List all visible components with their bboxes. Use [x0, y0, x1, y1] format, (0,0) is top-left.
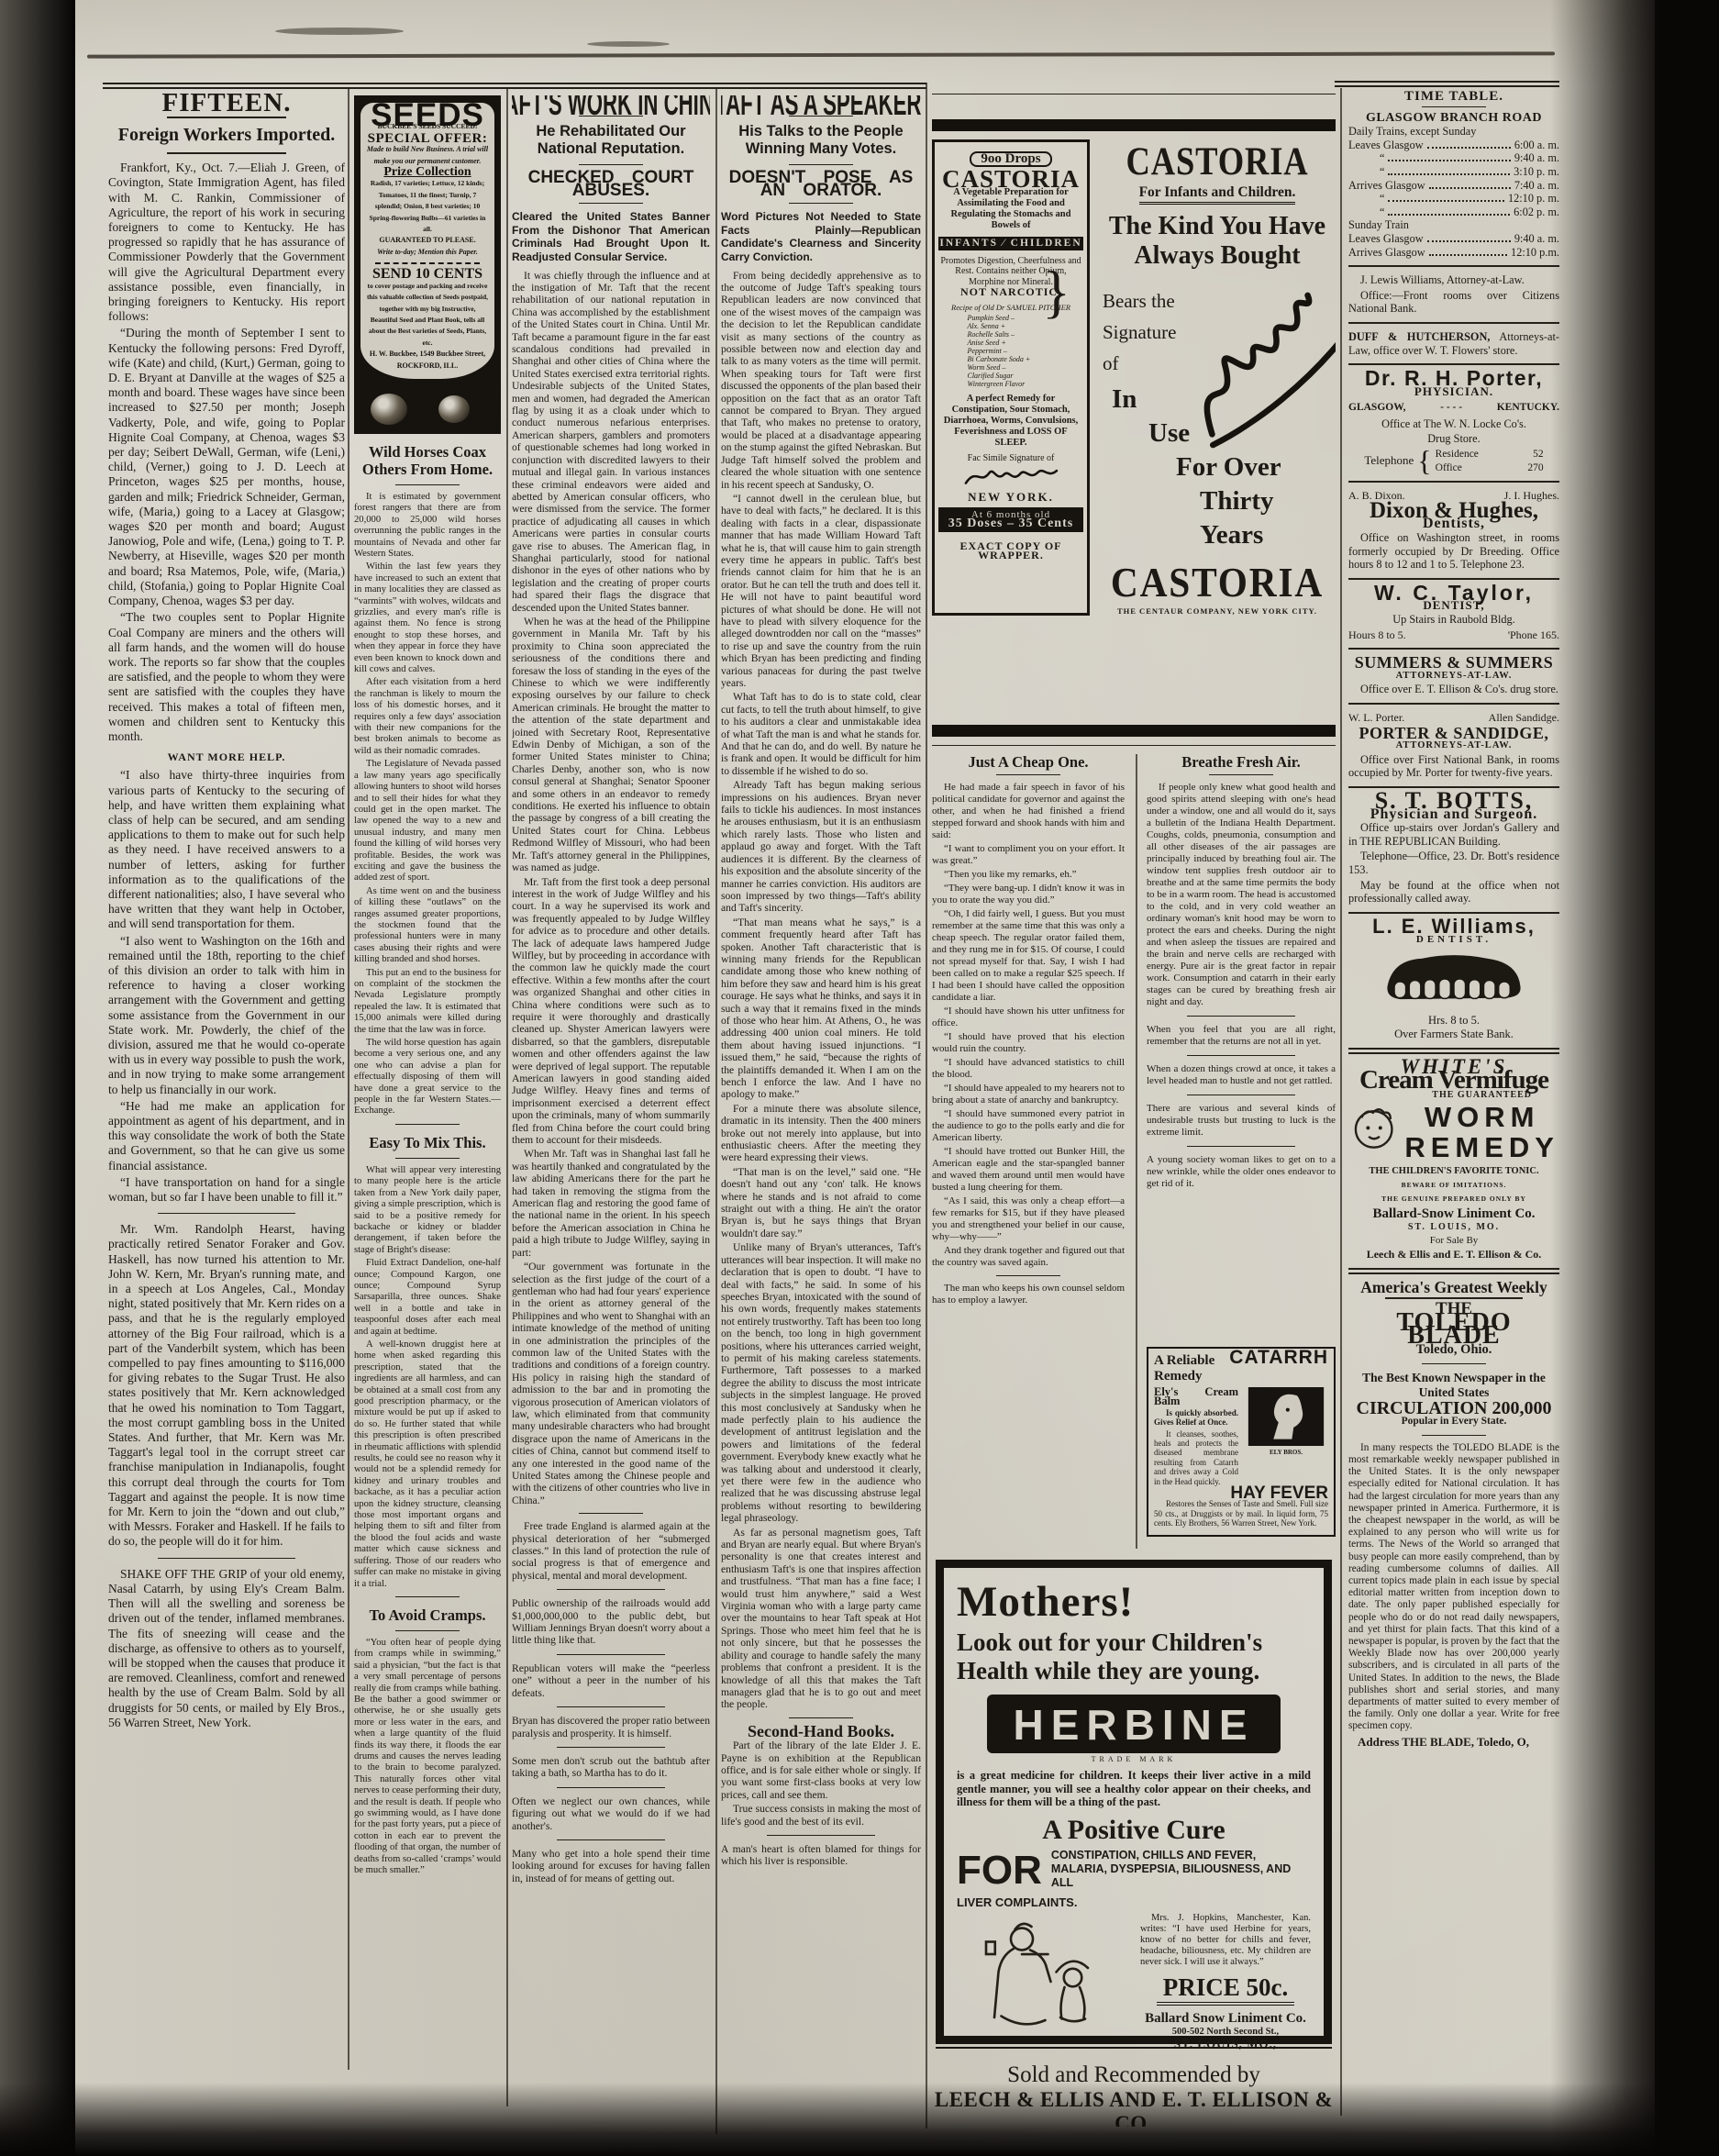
seeds-ad-send-text: to cover postage and packing and receive… — [366, 281, 489, 349]
rule — [1422, 106, 1486, 107]
paragraph: Rochelle Salts – — [968, 330, 1055, 339]
seeds-ad-offer-text: Made to build New Business. A trial will… — [366, 144, 489, 167]
tt-label: Arrives Glasgow — [1348, 246, 1425, 260]
blade-address: Address THE BLADE, Toledo, O, — [1348, 1736, 1559, 1750]
rail-top-double-rule — [1335, 81, 1559, 87]
rule — [1348, 481, 1559, 483]
attorney-listing-office: Office:—Front rooms over Citizens Nation… — [1348, 289, 1559, 316]
tomato-icon — [438, 395, 470, 423]
tt-label: Arrives Glasgow — [1348, 179, 1425, 193]
partner-name: W. L. Porter. — [1348, 711, 1404, 725]
article-body: From being decidedly apprehensive as to … — [721, 270, 921, 1711]
rule — [1348, 912, 1559, 914]
telephone-label: Telephone — [1364, 454, 1414, 468]
subheadline: CHECKED COURT ABUSES. — [512, 172, 710, 196]
dot-leader — [1427, 240, 1511, 242]
paragraph: Pumpkin Seed – — [968, 314, 1055, 322]
article-headline: Wild Horses Coax Others From Home. — [354, 443, 501, 478]
whites-company: Ballard-Snow Liniment Co. — [1348, 1207, 1559, 1221]
tt-label: “ — [1348, 206, 1384, 219]
article-body: “I also have thirty-three inquiries from… — [108, 768, 345, 1205]
paragraph: He had made a fair speech in favor of hi… — [932, 782, 1125, 841]
whites-for-sale: For Sale By — [1348, 1234, 1559, 1248]
phone-place: Residence — [1436, 448, 1479, 461]
herbine-price: PRICE 50c. — [1157, 1973, 1294, 2006]
tomato-icon — [371, 394, 407, 425]
herbine-company-street: 500-502 North Second St., — [1140, 2027, 1311, 2037]
seeds-ad-send-line: SEND 10 CENTS — [366, 269, 489, 280]
paragraph: “I should have shown his utter unfitness… — [932, 1006, 1125, 1029]
phone-number: 52 — [1533, 448, 1544, 461]
firm-details: Office over E. T. Ellison & Co's. drug s… — [1348, 683, 1559, 696]
deck: Word Pictures Not Needed to State Facts … — [721, 210, 921, 263]
paragraph: “I cannot dw­ell in the cerulean blue, b… — [721, 493, 921, 690]
paragraph: “Oh, I did fairly well, I guess. But you… — [932, 908, 1125, 1004]
castoria-dose-band: At 6 months old 35 Doses – 35 Cents — [938, 507, 1083, 532]
paragraph: For a minute there was absolute silence,… — [721, 1103, 921, 1164]
castoria-infants-band: INFANTS ⁄ CHILDREN — [938, 237, 1083, 250]
castoria-dose-price: 35 Doses – 35 Cents — [938, 519, 1083, 529]
rule — [395, 1158, 460, 1159]
paragraph: This put an end to the business for on c… — [354, 968, 501, 1036]
column-divider — [1340, 88, 1342, 2116]
article-breathe-fresh-air: Breathe Fresh Air. If people only knew w… — [1147, 754, 1336, 1341]
herbine-company-city: ST. LOUIS, MO., — [1140, 2037, 1311, 2050]
firm-details: Office over First National Bank, in room… — [1348, 753, 1559, 780]
rule — [167, 152, 286, 154]
rule — [1348, 578, 1559, 580]
paragraph: There are various and several kinds of u… — [1147, 1095, 1336, 1139]
column-divider — [506, 88, 508, 2106]
rule — [932, 745, 1336, 746]
herbine-trademark: TRADE MARK — [957, 1755, 1311, 1763]
paragraph: Unlike many of Bryan's utterances, Taft'… — [721, 1241, 921, 1524]
dentures-icon — [1376, 950, 1532, 1007]
rule — [1348, 322, 1559, 324]
seeds-ad-collection-title: Prize Collection — [366, 167, 489, 178]
rule — [1348, 363, 1559, 365]
timetable-row: Leaves Glasgow6:00 a. m. — [1348, 139, 1559, 152]
paragraph: True success consists in making the most… — [721, 1803, 921, 1828]
ely-body-text-2: Restores the Senses of Taste and Smell. … — [1154, 1499, 1328, 1528]
paragraph: Alx. Senna + — [968, 322, 1055, 330]
rule — [1348, 265, 1559, 267]
rule — [1348, 703, 1559, 705]
ely-catarrh-word: CATARRH — [1229, 1353, 1328, 1362]
city-state-row: GLASGOW, - - - - KENTUCKY. — [1348, 401, 1559, 415]
dashes: - - - - — [1440, 401, 1462, 415]
doctor-office-line: Office at The W. N. Locke Co's. — [1348, 417, 1559, 431]
short-items: Free trade England is alarmed again at t… — [512, 1520, 710, 1884]
paragraph: Wintergreen Flavor — [968, 380, 1055, 388]
castoria-remedy-text: A perfect Remedy for Constipation, Sour … — [940, 394, 1081, 449]
paragraph: When he was at the head of the Philippin… — [512, 616, 710, 874]
paragraph: “I want to compliment you on your effort… — [932, 843, 1125, 867]
doctor-name: Dr. R. H. Porter, — [1348, 372, 1559, 385]
paragraph: “He had me make an application for appoi… — [108, 1099, 345, 1173]
blade-weekly-line: America's Greatest Weekly — [1348, 1281, 1559, 1295]
whites-genuine: THE GENUINE PREPARED ONLY BY — [1348, 1193, 1559, 1206]
seeds-advertisement: SEEDS BUCKBEE'S SEEDS SUCCEED! SPECIAL O… — [354, 95, 501, 434]
timetable-row: “9:40 a. m. — [1348, 151, 1559, 165]
paragraph: Bi Carbonate Soda + — [968, 355, 1055, 363]
herbine-advertisement: Mothers! Look out for your Children's He… — [936, 1560, 1332, 2050]
paragraph: What will appear very interesting to man… — [354, 1165, 501, 1256]
paragraph: “I also have thirty-three inquiries from… — [108, 768, 345, 931]
blade-best-known: The Best Known Newspaper in the United S… — [1348, 1371, 1559, 1400]
column-divider — [715, 88, 717, 2134]
seeds-ad-brand: SEEDS — [366, 110, 489, 121]
article-headline: Second-Hand Books. — [721, 1726, 921, 1738]
paragraph: A well-known druggist here at home when … — [354, 1339, 501, 1590]
whites-worm: WORM — [1404, 1102, 1559, 1132]
tt-label: “ — [1348, 151, 1384, 165]
article-body: If people only knew what good health and… — [1147, 782, 1336, 1190]
paragraph: When you feel that you are all right, re… — [1147, 1016, 1336, 1048]
column-divider — [1136, 754, 1137, 1549]
herbine-testimonial: Mrs. J. Hopkins, Manchester, Kan. writes… — [1140, 1913, 1311, 1968]
rule — [395, 484, 460, 485]
castoria-exact-copy: EXACT COPY OF WRAPPER. — [940, 541, 1081, 561]
timetable-daily-label: Daily Trains, except Sunday — [1348, 125, 1559, 139]
paragraph: Republican voters will make the “peerles… — [512, 1654, 710, 1699]
ely-product-name: Ely's Cream Balm — [1154, 1387, 1238, 1406]
castoria-kind-line: The Kind You Have Always Bought — [1099, 212, 1336, 271]
firm-name: PORTER & SANDIDGE, — [1348, 727, 1559, 740]
column-taft-china: TAFT'S WORK IN CHINA He Rehabilitated Ou… — [512, 95, 710, 2095]
firm-name: DUFF & HUTCHERSON, — [1348, 330, 1490, 343]
paragraph: Within the last few years they have incr… — [354, 561, 501, 675]
rule — [1422, 1363, 1486, 1364]
telephone-listing: Telephone { Residence52 Office270 — [1348, 448, 1559, 474]
paragraph: Some men don't scrub out the bathtub aft… — [512, 1747, 710, 1780]
whites-product: Cream Vermifuge — [1348, 1073, 1559, 1087]
dot-leader — [1388, 173, 1510, 175]
paragraph: Worm Seed – — [968, 363, 1055, 372]
scan-smudge — [587, 41, 670, 47]
paragraph: It was chiefly through the influence and… — [512, 270, 710, 614]
blade-circulation: CIRCULATION 200,000 — [1348, 1402, 1559, 1416]
paragraph: Thirty Years — [1112, 484, 1336, 552]
dentist-location: Up Stairs in Raubold Bldg. — [1348, 613, 1559, 627]
timetable-road: GLASGOW BRANCH ROAD — [1348, 112, 1559, 126]
timetable-title: TIME TABLE. — [1348, 90, 1559, 104]
paragraph: If people only knew what good health and… — [1147, 782, 1336, 1008]
phone-place: Office — [1436, 461, 1462, 475]
paragraph-catarrh-notice: SHAKE OFF THE GRIP of your old enemy, Na… — [108, 1567, 345, 1730]
column-foreign-workers: FIFTEEN. Foreign Workers Imported. Frank… — [108, 94, 345, 2094]
paragraph: “I should have appealed to my hearers no… — [932, 1083, 1125, 1106]
ely-image-caption: ELY BROS. — [1244, 1448, 1328, 1457]
paragraph: “They were bang-up. I didn't know it was… — [932, 883, 1125, 906]
timetable-row: “6:02 p. m. — [1348, 206, 1559, 219]
head-profile-icon — [1247, 1387, 1325, 1446]
seeds-ad-collection-text: Radish, 17 varieties; Lettuce, 12 kinds;… — [366, 178, 489, 235]
dot-leader — [1388, 160, 1510, 161]
castoria-brand-footer: CASTORIA — [1111, 558, 1324, 606]
heavy-bar — [932, 119, 1336, 131]
paragraph: Already Taft has begun making serious im… — [721, 779, 921, 914]
ely-subline: Is quickly absorbed. Gives Relief at Onc… — [1154, 1408, 1238, 1428]
baby-face-icon — [1348, 1099, 1399, 1152]
paragraph: Free trade England is alarmed again at t… — [512, 1520, 710, 1582]
subheadline: He Rehabilitated Our National Reputation… — [512, 123, 710, 158]
doctor-details: Telephone—Office, 23. Dr. Bott's residen… — [1348, 850, 1559, 876]
tt-label: Leaves Glasgow — [1348, 232, 1424, 246]
hours: Hours 8 to 5. — [1348, 628, 1406, 642]
doctor-details: May be found at the office when not prof… — [1348, 879, 1559, 906]
dentist-name: W. C. Taylor, — [1348, 586, 1559, 600]
paragraph: As time went on and the business of kill… — [354, 886, 501, 966]
article-body: It is estimated by government forest ran… — [354, 492, 501, 1117]
page-number-title: FIFTEEN. — [108, 95, 345, 110]
top-double-rule — [103, 83, 926, 89]
seeds-ad-guarantee: GUARANTEED TO PLEASE. — [366, 235, 489, 246]
partner-name: Allen Sandidge. — [1489, 711, 1559, 725]
rule — [579, 164, 643, 165]
herbine-positive-cure: A Positive Cure — [957, 1815, 1311, 1846]
article-headline: Just A Cheap One. — [932, 756, 1125, 768]
dot-leader — [1388, 200, 1504, 202]
ely-hay-fever-line: HAY FEVER — [1154, 1489, 1328, 1498]
rule — [395, 1596, 460, 1597]
paragraph: “I have transportation on hand for a sin… — [108, 1175, 345, 1205]
timetable-row: Arrives Glasgow12:10 p.m. — [1348, 246, 1559, 260]
paragraph: Anise Seed + — [968, 339, 1055, 347]
paragraph: As far as personal magnetism goes, Taft … — [721, 1527, 921, 1711]
rule — [1209, 774, 1273, 775]
doctor-title: Physician and Surgeon. — [1348, 808, 1559, 822]
herbine-brand-box: HERBINE — [987, 1695, 1281, 1753]
paragraph: “Then you like my remarks, eh.” — [932, 869, 1125, 881]
castoria-ingredients: Pumpkin Seed –Alx. Senna +Rochelle Salts… — [968, 314, 1055, 388]
paragraph: The wild horse question has again become… — [354, 1038, 501, 1117]
column-wild-horses: SEEDS BUCKBEE'S SEEDS SUCCEED! SPECIAL O… — [354, 95, 501, 2143]
scan-left-edge — [0, 0, 87, 2156]
tt-label: “ — [1348, 165, 1384, 179]
paragraph: It is estimated by government forest ran… — [354, 492, 501, 560]
seeds-ad-footer-art — [354, 384, 501, 434]
double-rule — [1348, 1048, 1559, 1054]
timetable-row: Arrives Glasgow7:40 a. m. — [1348, 179, 1559, 193]
firm-name: SUMMERS & SUMMERS — [1348, 656, 1559, 670]
rule — [1422, 1435, 1486, 1436]
herbine-cure-list: CONSTIPATION, CHILLS AND FEVER, MALARIA,… — [1051, 1849, 1311, 1890]
doctor-details: Office up-stairs over Jordan's Gallery a… — [1348, 821, 1559, 848]
heavy-bar — [932, 725, 1336, 737]
signature-icon — [960, 464, 1061, 488]
paragraph: A man's heart is often blamed for things… — [721, 1835, 921, 1868]
castoria-wrapper-brand: CASTORIA — [940, 174, 1081, 184]
phone-number: 270 — [1527, 461, 1543, 475]
dentist-location: Over Farmers State Bank. — [1348, 1028, 1559, 1041]
paragraph: Often we neglect our own chances, while … — [512, 1787, 710, 1832]
newspaper-scan-page: { "col1": { "page_label": "FIFTEEN.", "h… — [0, 0, 1719, 2156]
paragraph: “As I said, this was only a cheap effort… — [932, 1195, 1125, 1243]
paragraph: The man who keeps his own counsel seldom… — [932, 1283, 1125, 1306]
main-headline: TAFT'S WORK IN CHINA — [512, 97, 710, 109]
short-items: True success consists in making the most… — [721, 1803, 921, 1868]
paragraph: When a dozen things crowd at once, it ta… — [1147, 1055, 1336, 1087]
castoria-for-infants: For Infants and Children. — [1139, 184, 1296, 205]
paragraph: Public ownership of the railroads would … — [512, 1589, 710, 1647]
paragraph: Bryan has discovered the proper ratio be… — [512, 1706, 710, 1739]
paragraph: The Legislature of Nevada passed a law m… — [354, 759, 501, 884]
timetable-row: Leaves Glasgow9:40 a. m. — [1348, 232, 1559, 246]
ely-cream-balm-advertisement: A Reliable Remedy CATARRH Ely's Cream Ba… — [1147, 1347, 1336, 1549]
herbine-mothers-headline: Mothers! — [957, 1577, 1311, 1627]
scan-smudge — [275, 28, 404, 35]
brace-glyph: { — [1417, 454, 1431, 468]
herbine-liver-complaints: LIVER COMPLAINTS. — [957, 1895, 1311, 1909]
timetable-row: “3:10 p. m. — [1348, 165, 1559, 179]
whites-city: ST. LOUIS, MO. — [1348, 1221, 1559, 1235]
dentist-name: L. E. Williams, — [1348, 920, 1559, 934]
castoria-wrapper-panel: 9oo Drops CASTORIA A Vegetable Preparati… — [932, 139, 1090, 616]
paragraph: What Taft has to do is to state cold, cl… — [721, 691, 921, 777]
deck: Cleared the United States Banner From th… — [512, 210, 710, 263]
rule — [395, 1630, 460, 1631]
paragraph: “I also went to Washington on the 16th a… — [108, 934, 345, 1097]
paragraph: When Mr. Taft was in Shanghai last fall … — [512, 1148, 710, 1259]
scan-right-edge — [1550, 0, 1719, 2156]
castoria-ad-right: CASTORIA For Infants and Children. The K… — [1099, 139, 1336, 616]
column-taft-speaker: TAFT AS A SPEAKER, His Talks to the Peop… — [721, 95, 921, 2123]
paragraph-hearst: Mr. Wm. Randolph Hearst, having practica… — [108, 1222, 345, 1549]
whites-tonic-line: THE CHILDREN'S FAVORITE TONIC. — [1348, 1165, 1559, 1179]
rule — [579, 203, 643, 204]
castoria-preparation-text: A Vegetable Preparation for Assimilating… — [940, 187, 1081, 231]
blade-name: TOLEDO BLADE — [1348, 1317, 1559, 1343]
rule — [789, 1717, 853, 1718]
paragraph: From being decidedly apprehensive as to … — [721, 270, 921, 491]
paragraph: Part of the library of the late Elder J.… — [721, 1739, 921, 1801]
herbine-description: is a great medicine for children. It kee… — [957, 1769, 1311, 1809]
mother-child-illustration — [957, 1913, 1131, 2050]
paragraph: “The two couples sent to Poplar Hignite … — [108, 610, 345, 744]
rule — [395, 1124, 460, 1125]
dot-leader — [1427, 147, 1511, 149]
rule — [996, 774, 1060, 775]
double-rule — [1348, 1268, 1559, 1274]
ely-ad-image: ELY BROS. — [1244, 1387, 1328, 1488]
castoria-brand-headline: CASTORIA — [1116, 139, 1317, 184]
article-body: Frankfort, Ky., Oct. 7.—Eliah J. Green, … — [108, 161, 345, 744]
seeds-ad-offer-title: SPECIAL OFFER: — [366, 133, 489, 144]
rule — [579, 1513, 643, 1514]
whites-sellers: Leech & Ellis and E. T. Ellison & Co. — [1348, 1248, 1559, 1261]
paragraph: “I should have summoned every patriot in… — [932, 1108, 1125, 1144]
rule — [158, 1213, 295, 1214]
main-headline: TAFT AS A SPEAKER, — [721, 97, 921, 109]
article-body: “You often hear of people dying from cra… — [354, 1638, 501, 1877]
dot-leader — [1429, 187, 1511, 189]
column-divider — [348, 88, 349, 2070]
herbine-lookout-line: Look out for your Children's Health whil… — [957, 1628, 1311, 1685]
blade-city: Toledo, Ohio. — [1348, 1343, 1559, 1357]
castoria-advertisement: 9oo Drops CASTORIA A Vegetable Preparati… — [932, 139, 1336, 723]
herbine-for-word: FOR — [957, 1848, 1042, 1894]
paragraph: “You often hear of people dying from cra… — [354, 1638, 501, 1877]
paragraph: “I should have advanced statistics to ch… — [932, 1057, 1125, 1081]
article-headline: Breathe Fresh Air. — [1147, 756, 1336, 768]
paragraph: “Our government was fortunate in the sel… — [512, 1261, 710, 1506]
castoria-facsimile-line: Fac Simile Signature of — [940, 454, 1081, 464]
rule — [789, 164, 853, 165]
article-subhead: WANT MORE HELP. — [108, 750, 345, 764]
ely-ad-title: A Reliable Remedy — [1154, 1353, 1224, 1384]
centaur-company-line: THE CENTAUR COMPANY, NEW YORK CITY. — [1099, 606, 1336, 616]
timetable-row: “12:10 p. m. — [1348, 192, 1559, 206]
firm-details: Office on Washington street, in rooms fo… — [1348, 531, 1559, 572]
article-headline: Easy To Mix This. — [354, 1134, 501, 1151]
paragraph: “I should have trotted out Bunker Hill, … — [932, 1146, 1125, 1194]
subheadline: His Talks to the People Winning Many Vot… — [721, 123, 921, 158]
brace-glyph: } — [1042, 287, 1070, 297]
scan-bottom-edge — [0, 2083, 1719, 2156]
article-just-a-cheap-one: Just A Cheap One. He had made a fair spe… — [932, 754, 1125, 1550]
whites-remedy: REMEDY — [1404, 1132, 1559, 1162]
paragraph: And they drank together and figured out … — [932, 1245, 1125, 1269]
paragraph: A young society woman likes to get on to… — [1147, 1146, 1336, 1190]
whites-guaranteed: THE GUARANTEED — [1404, 1089, 1559, 1103]
article-body: He had made a fair speech in favor of hi… — [932, 782, 1125, 1269]
seeds-ad-address: H. W. Buckbee, 1549 Buckbee Street, ROCK… — [366, 349, 489, 372]
tt-label: Leaves Glasgow — [1348, 139, 1424, 152]
doctor-office-line2: Drug Store. — [1348, 432, 1559, 446]
paragraph: “I should have proved that his election … — [932, 1031, 1125, 1055]
dot-leader — [1388, 214, 1510, 216]
article-body: What will appear very interesting to man… — [354, 1165, 501, 1590]
whites-beware: BEWARE OF IMITATIONS. — [1348, 1179, 1559, 1193]
paragraph: Peppermint – — [968, 347, 1055, 355]
subheadline: DOESN'T POSE AS AN ORATOR. — [721, 172, 921, 196]
paragraph: For Over — [1112, 450, 1336, 484]
article-headline: To Avoid Cramps. — [354, 1606, 501, 1624]
wavy-divider — [375, 262, 480, 264]
blade-body: In many respects the TOLEDO BLADE is the… — [1348, 1442, 1559, 1733]
right-rail-directory: TIME TABLE. GLASGOW BRANCH ROAD Daily Tr… — [1348, 90, 1559, 2090]
seeds-ad-write-line: Write to-day; Mention this Paper. — [366, 247, 489, 258]
hours-phone-row: Hours 8 to 5. 'Phone 165. — [1348, 628, 1559, 642]
rule — [158, 1558, 295, 1559]
dentist-hours: Hrs. 8 to 5. — [1348, 1014, 1559, 1028]
paragraph: Fluid Extract Dandelion, one-half ounce;… — [354, 1258, 501, 1338]
partners-row: W. L. Porter. Allen Sandidge. — [1348, 711, 1559, 725]
paragraph: Many who get into a hole spend their tim… — [512, 1839, 710, 1884]
rule — [1348, 648, 1559, 650]
herbine-company: Ballard Snow Liniment Co. — [1140, 2011, 1311, 2027]
article-headline: Foreign Workers Imported. — [108, 125, 345, 146]
column-divider — [926, 83, 927, 2128]
herbine-brand: HERBINE — [1013, 1701, 1254, 1749]
tt-label: “ — [1348, 192, 1384, 206]
paragraph: Mr. Taft from the first took a deep pers… — [512, 876, 710, 1147]
attorney-listing: J. Lewis Williams, Attorney-at-Law. — [1348, 273, 1559, 287]
paragraph: “During the month of September I sent to… — [108, 326, 345, 608]
timetable-sunday-label: Sunday Train — [1348, 218, 1559, 232]
ely-body-text: It cleanses, soothes, heals and protects… — [1154, 1429, 1238, 1486]
rule — [996, 1275, 1060, 1276]
rule — [789, 203, 853, 204]
rule — [932, 94, 1336, 94]
paragraph: Frankfort, Ky., Oct. 7.—Eliah J. Green, … — [108, 161, 345, 324]
castoria-new-york: NEW YORK. — [940, 493, 1081, 503]
city: GLASGOW, — [1348, 401, 1406, 415]
paragraph: Clarified Sugar — [968, 372, 1055, 380]
paragraph: After each visitation from a herd the ra… — [354, 677, 501, 757]
dot-leader — [1429, 254, 1507, 256]
